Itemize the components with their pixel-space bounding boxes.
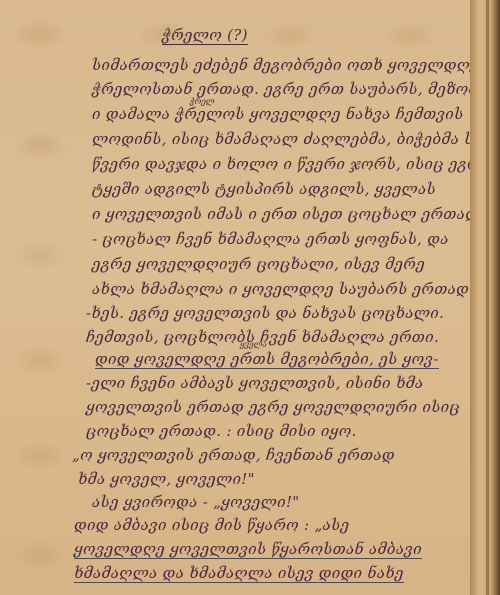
text-line-11: -ხეს. ეგრე ყოველთვის და ნახვას ცოცხალი. <box>86 304 444 322</box>
text-line-9: ეგრე ყოველდღიურ ცოცხალი, ისევ მერე <box>92 255 425 273</box>
text-line-13: დიდ ყოველდღე ერთს მეგობრები, ეს ყოვ- <box>95 350 439 369</box>
page-edge <box>486 0 489 595</box>
text-line-19: ასე ყვიროდა - „ყოველი!" <box>92 493 299 511</box>
text-line-18: ხმა ყოველ, ყოველი!" <box>78 470 255 488</box>
text-line-22: ხმამაღლა და ხმამაღლა ისევ დიდი ნახე <box>74 564 404 583</box>
interlinear-note: ყველა <box>240 340 267 349</box>
text-line-5: წვერი დავჯდა ი ხოლო ი წვერი ჯორს, ისიც ე… <box>92 155 489 173</box>
text-line-16: ცოცხალ ერთად. : ისიც მისი იყო. <box>86 422 357 440</box>
text-line-6: ტყეში ადგილს ტყისპირს ადგილს, ყველას <box>92 180 436 198</box>
text-line-8: - ცოცხალ ჩვენ ხმამაღლა ერთს ყოფნას, და <box>92 230 449 248</box>
text-line-2: ჭრელოსთან ერთად. ეგრე ერთ საუბარს, მეზობ… <box>92 80 500 98</box>
text-line-3: ი დამალა ჭრელოს ყოველდღე ნახვა ჩემთვის <box>92 105 463 123</box>
text-line-14: -ელი ჩვენი ამბავს ყოველთვის, ისინი ხმა <box>86 374 423 392</box>
text-line-10: ახლა ხმამაღლა ი ყოველდღე საუბარს ერთად მ… <box>92 280 498 298</box>
text-line-4: ლოდინს, ისიც ხმამაღალ ძაღლებმა, ბიჭებმა … <box>92 130 500 148</box>
text-line-1: სიმართლეს ეძებენ მეგობრები ოთხ ყოველდღე <box>92 56 479 74</box>
notebook-spine <box>470 0 500 595</box>
text-line-17: „ო ყოველთვის ერთად, ჩვენთან ერთად <box>72 446 395 464</box>
text-line-7: ი ყოველთვის იმას ი ერთ ისეთ ცოცხალ ერთად… <box>92 205 489 223</box>
text-line-21: ყოველდღე ყოველთვის წყაროსთან ამბავი <box>74 540 422 559</box>
text-line-20: დიდ ამბავი ისიც მის წყარო : „ასე <box>74 516 349 534</box>
text-line-15: ყოველთვის ერთად ეგრე ყოველდღიური ისიც <box>86 398 460 416</box>
page-title: ჭრელო (?) <box>162 26 248 44</box>
manuscript-page: ჭრელო (?) სიმართლეს ეძებენ მეგობრები ოთხ… <box>0 0 470 595</box>
